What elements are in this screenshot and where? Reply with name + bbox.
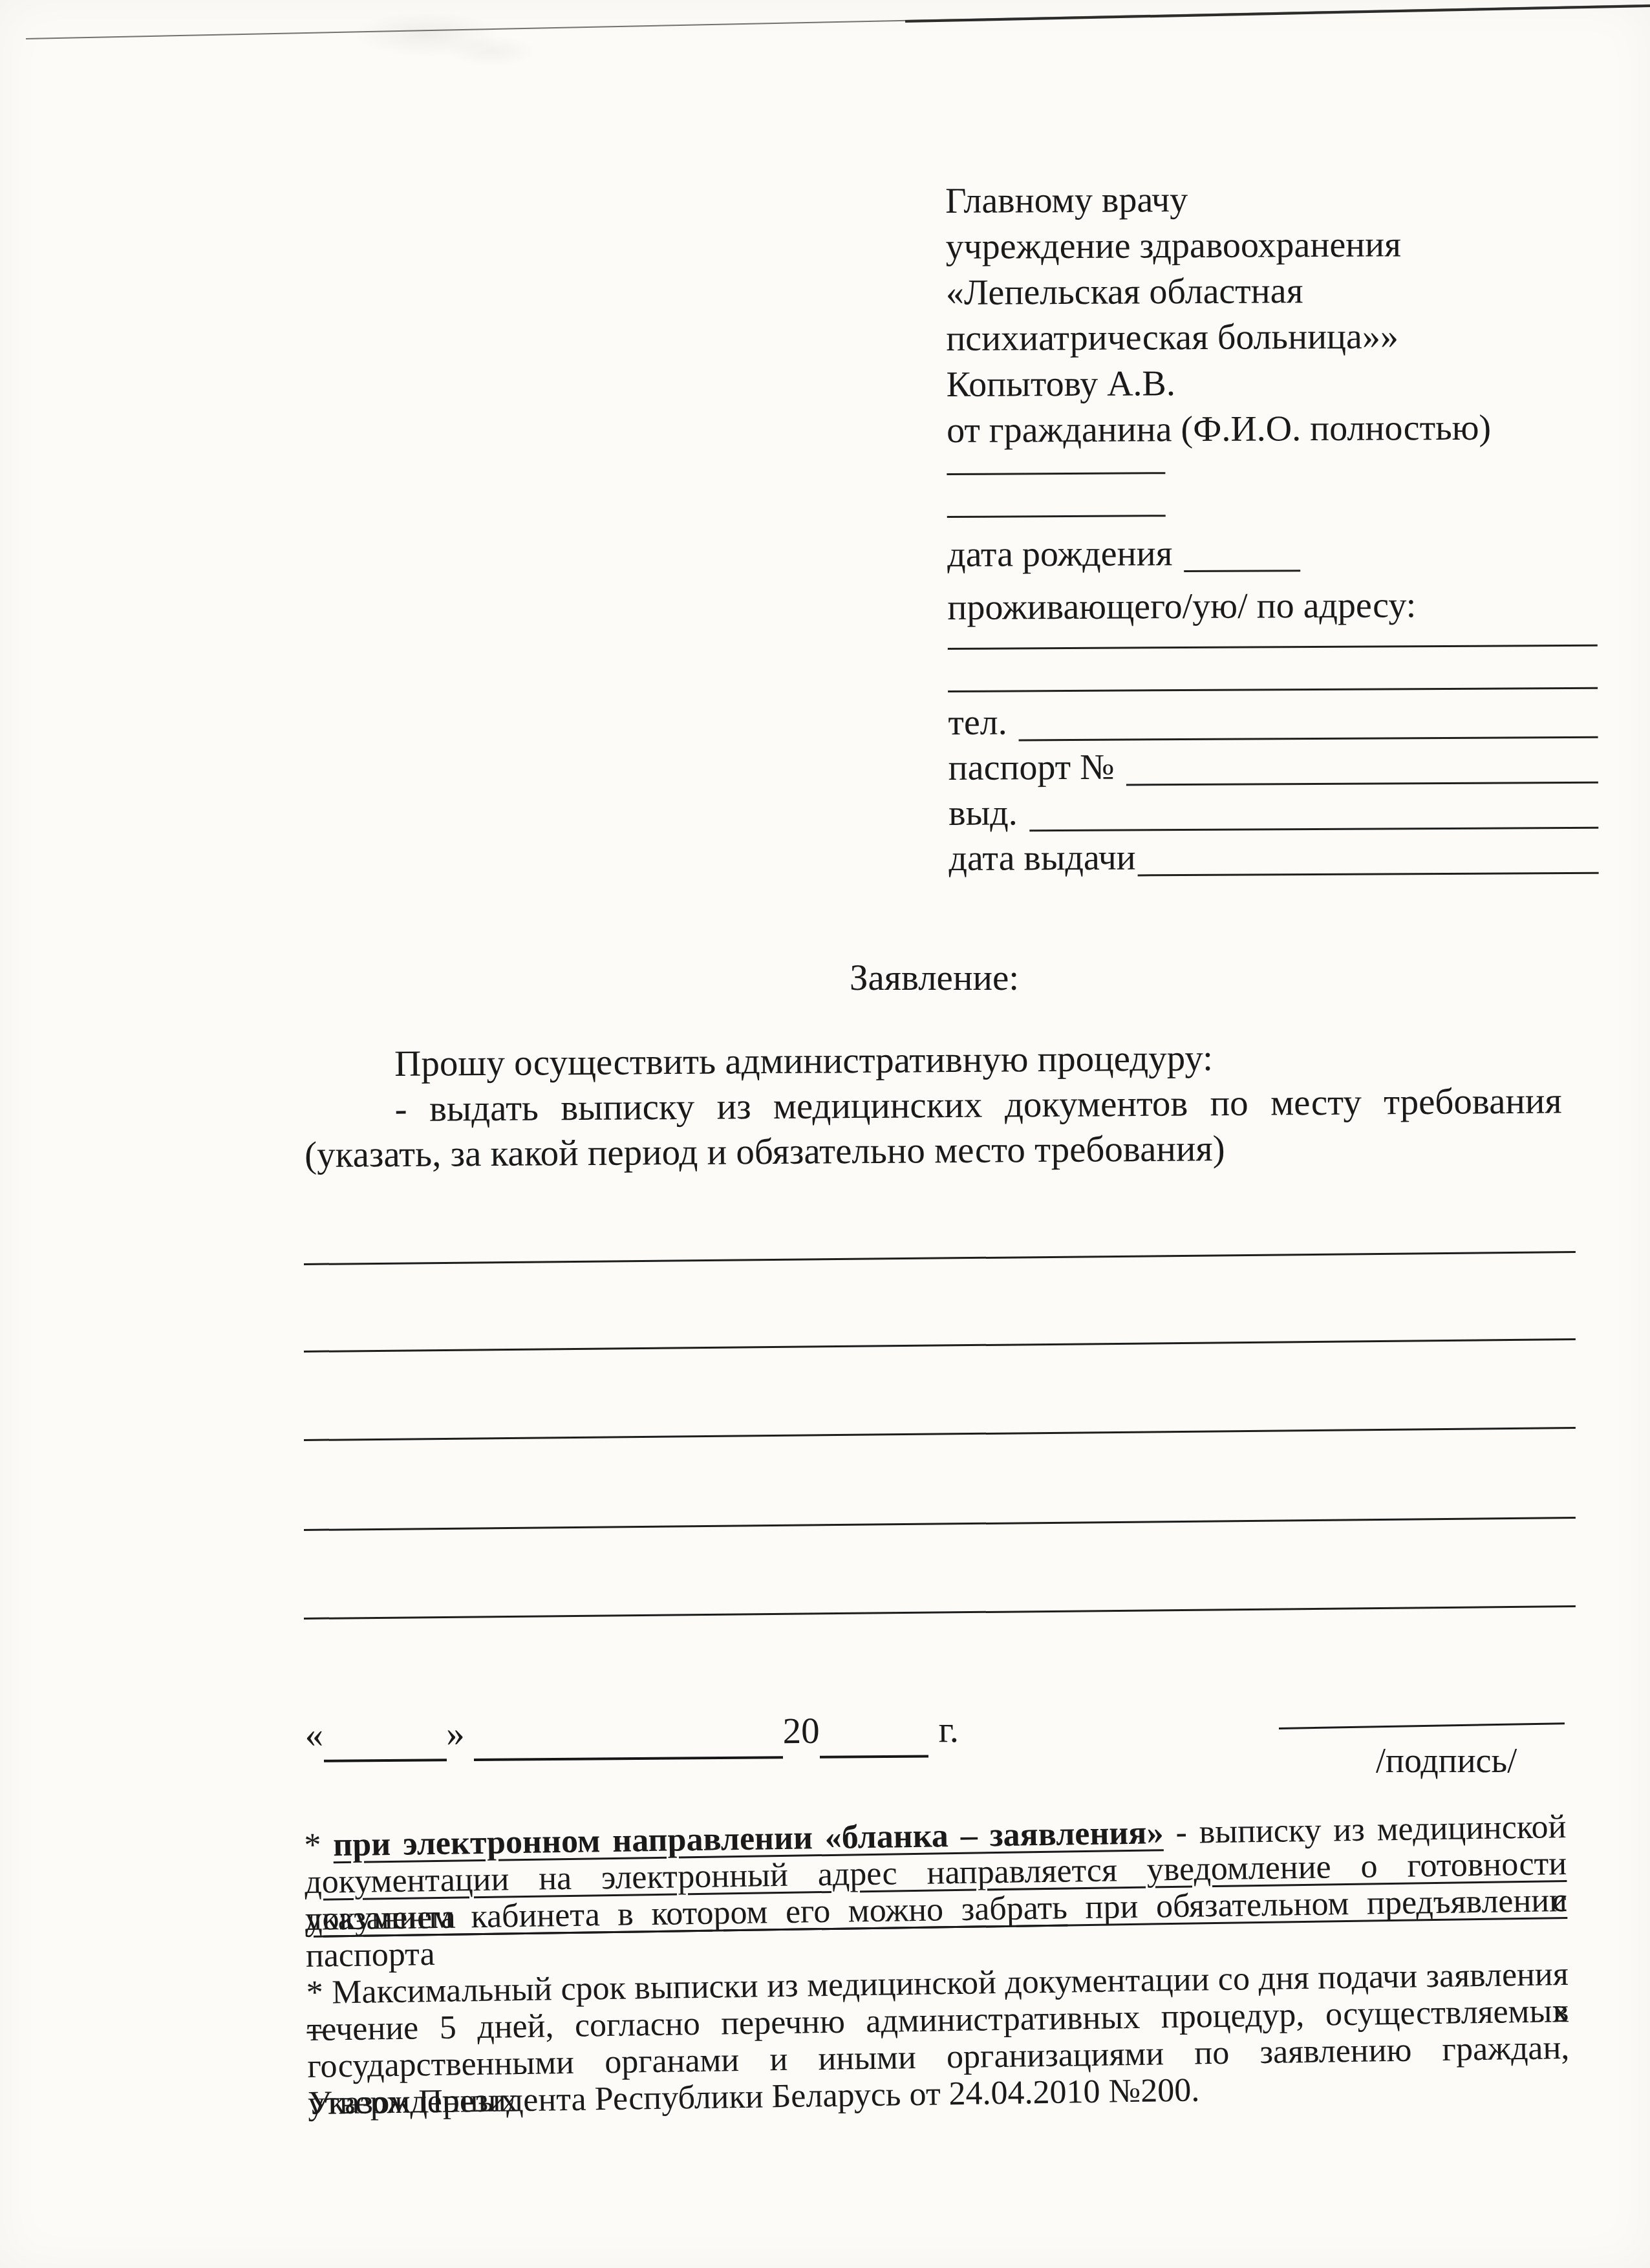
year-suffix: г. xyxy=(938,1707,959,1755)
write-in-line xyxy=(304,1605,1576,1620)
document-title: Заявление: xyxy=(304,957,1565,999)
issue-date-write-in-line xyxy=(1138,836,1599,877)
phone-write-in-line xyxy=(1019,700,1598,742)
date-row: « » 20 г. xyxy=(305,1707,959,1760)
addressee-block: Главному врачу учреждение здравоохранени… xyxy=(945,175,1599,881)
request-paragraph: Прошу осуществить административную проце… xyxy=(304,1033,1562,1178)
write-in-line xyxy=(304,1338,1576,1353)
signature-caption: /подпись/ xyxy=(1376,1740,1517,1781)
signature-line xyxy=(1279,1722,1565,1729)
issued-by-label: выд. xyxy=(948,790,1029,836)
addressee-line: психиатрическая больница»» xyxy=(946,313,1596,362)
scanned-application-form: Главному врачу учреждение здравоохранени… xyxy=(0,0,1650,2268)
passport-field: паспорт № xyxy=(948,742,1598,791)
passport-write-in-line xyxy=(1126,745,1598,786)
issue-date-field: дата выдачи xyxy=(948,833,1598,881)
addressee-line: Копытову А.В. xyxy=(946,359,1596,408)
address-label: проживающего/ую/ по адресу: xyxy=(947,582,1597,631)
addressee-line: от гражданина (Ф.И.О. полностью) xyxy=(947,405,1596,454)
passport-label: паспорт № xyxy=(948,745,1126,791)
open-quote: « xyxy=(305,1712,323,1760)
address-write-in-line xyxy=(948,687,1598,692)
issued-by-write-in-line xyxy=(1029,791,1599,832)
write-in-line xyxy=(304,1427,1576,1441)
request-procedure-line: - выдать выписку из медицинских документ… xyxy=(304,1078,1561,1133)
addressee-line: Главному врачу xyxy=(945,175,1595,224)
footnote-segment: * xyxy=(304,1826,334,1864)
phone-field: тел. xyxy=(948,697,1598,745)
footnotes: * при электронном направлении «бланка – … xyxy=(304,1808,1570,2122)
fullname-write-in-line xyxy=(947,515,1166,518)
addressee-line: учреждение здравоохранения xyxy=(945,221,1595,270)
footnote-segment: при обязательном предъявлении xyxy=(1067,1882,1568,1926)
year-write-in-line xyxy=(819,1707,928,1758)
year-century: 20 xyxy=(782,1708,820,1756)
address-write-in-line xyxy=(948,645,1598,650)
close-quote: » xyxy=(446,1711,465,1759)
month-write-in-line xyxy=(473,1708,783,1761)
scan-artifact-line xyxy=(905,5,1650,23)
request-note-line: (указать, за какой период и обязательно … xyxy=(305,1124,1562,1178)
write-in-line xyxy=(304,1517,1576,1531)
birth-date-write-in-line xyxy=(1184,533,1300,572)
scan-smudge xyxy=(446,36,537,67)
phone-label: тел. xyxy=(948,700,1019,745)
footnote-segment: - выписку из медицинской xyxy=(1163,1808,1567,1851)
birth-date-label: дата рождения xyxy=(947,531,1184,577)
write-in-line xyxy=(304,1251,1576,1265)
footnote-segment: паспорта xyxy=(306,1936,435,1974)
addressee-line: «Лепельская областная xyxy=(946,267,1596,316)
day-write-in-line xyxy=(323,1711,447,1762)
birth-date-field: дата рождения xyxy=(947,529,1597,577)
issued-by-field: выд. xyxy=(948,787,1598,836)
issue-date-label: дата выдачи xyxy=(948,835,1138,881)
fullname-write-in-line xyxy=(947,472,1165,475)
